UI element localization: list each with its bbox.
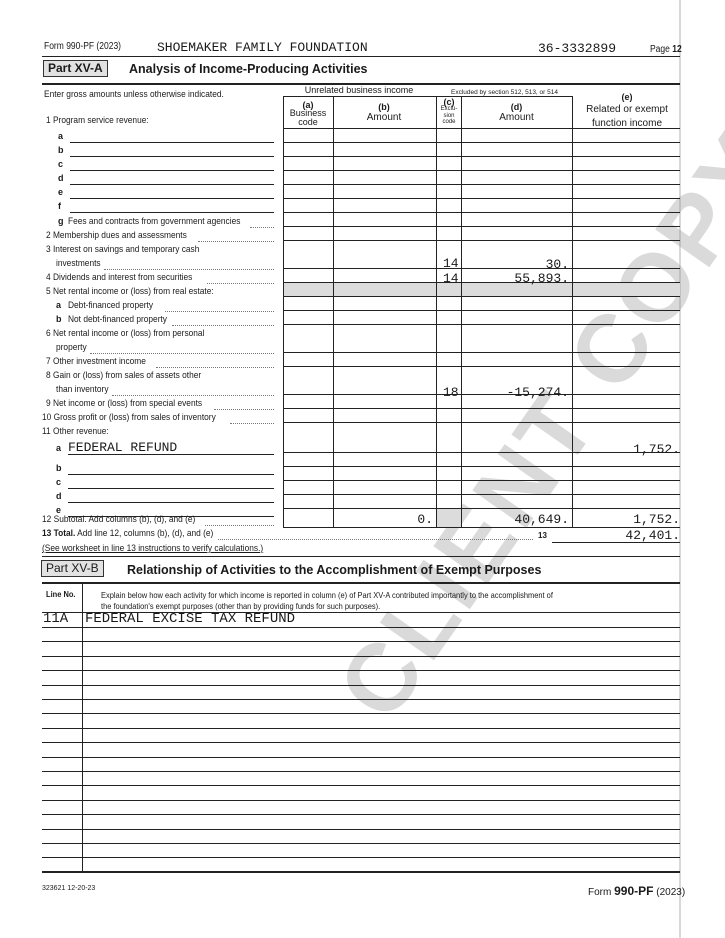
leader-dots	[172, 325, 274, 326]
leader-dots	[165, 311, 274, 312]
line-11a-value: FEDERAL REFUND	[68, 440, 177, 455]
table-col-rule	[436, 96, 437, 527]
table-row-rule	[283, 494, 680, 495]
table-row-rule	[283, 508, 680, 509]
table-row-rule	[283, 394, 680, 395]
excluded-rule	[436, 96, 572, 97]
client-copy-watermark: CLIENT COPY	[317, 111, 725, 739]
table-col-rule	[283, 96, 284, 527]
line-1-label: 1 Program service revenue:	[46, 115, 149, 126]
table-row-rule	[283, 240, 680, 241]
form-page: CLIENT COPY Form 990-PF (2023) SHOEMAKER…	[0, 0, 725, 938]
table-row-rule	[283, 324, 680, 325]
table-row-rule	[283, 310, 680, 311]
line-8-amount-d: -15,274.	[507, 385, 569, 400]
line-1b-letter: b	[58, 145, 64, 155]
table-col-rule	[333, 96, 334, 527]
table-row-rule	[283, 422, 680, 423]
table-row-rule	[283, 466, 680, 467]
page-number: 12	[672, 44, 681, 55]
line-5b-letter: b	[56, 314, 62, 324]
line-12-amount-d: 40,649.	[514, 512, 569, 527]
table-row-rule	[283, 198, 680, 199]
table-row-rule	[283, 226, 680, 227]
line-11a-letter: a	[56, 443, 61, 453]
part-xva-label: Part XV-A	[43, 60, 108, 77]
line-4-amount-d: 55,893.	[514, 271, 569, 286]
leader-dots	[218, 539, 533, 540]
line-8-label: 8 Gain or (loss) from sales of assets ot…	[46, 370, 201, 381]
part-xvb-instruction-1: Explain below how each activity for whic…	[101, 590, 553, 600]
col-d-letter: (d)	[461, 103, 572, 112]
line-11d-fill	[68, 502, 274, 503]
header-rule	[42, 56, 680, 57]
table-row-rule	[283, 212, 680, 213]
leader-dots	[250, 227, 274, 228]
table-row-rule	[283, 142, 680, 143]
explanation-rule	[42, 728, 680, 729]
explanation-rule	[42, 785, 680, 786]
col-a-label: Business code	[283, 109, 333, 127]
line-3-label-cont: investments	[56, 258, 101, 269]
organization-name: SHOEMAKER FAMILY FOUNDATION	[157, 40, 368, 55]
line-1a-letter: a	[58, 131, 63, 141]
line-12-amount-b: 0.	[417, 512, 433, 527]
group-unrelated: Unrelated business income	[283, 86, 435, 95]
footer-code: 323621 12-20-23	[42, 885, 95, 892]
line-1d-letter: d	[58, 173, 64, 183]
footer-form-name: 990-PF	[614, 884, 653, 898]
col-c-label: Exclu-sion code	[437, 106, 461, 126]
line-1g-letter: g	[58, 216, 64, 226]
leader-dots	[205, 525, 274, 526]
line-8-label-cont: than inventory	[56, 384, 109, 395]
explanation-rule	[42, 699, 680, 700]
explanation-rule	[42, 814, 680, 815]
line-8-exclusion-code: 18	[443, 385, 459, 400]
line-12-col-c-shade	[437, 509, 461, 527]
worksheet-note: (See worksheet in line 13 instructions t…	[42, 543, 263, 554]
table-row-rule	[283, 452, 680, 453]
table-col-rule	[461, 96, 462, 527]
explanation-rule	[42, 627, 680, 628]
line-11-label: 11 Other revenue:	[42, 426, 109, 437]
line-11a-amount-e: 1,752.	[633, 442, 680, 457]
part-xva-title: Analysis of Income-Producing Activities	[129, 62, 367, 76]
part-xva-bottom-rule	[42, 556, 680, 557]
line-6-label-cont: property	[56, 342, 87, 353]
table-row-rule	[283, 408, 680, 409]
footer-form-prefix: Form	[588, 887, 611, 898]
line-3-exclusion-code: 14	[443, 256, 459, 271]
line-1e-letter: e	[58, 187, 63, 197]
line-2-label: 2 Membership dues and assessments	[46, 230, 187, 241]
table-row-rule	[283, 156, 680, 157]
line-1f-letter: f	[58, 201, 61, 211]
line-4-exclusion-code: 14	[443, 271, 459, 286]
table-row-rule	[283, 366, 680, 367]
form-label: Form 990-PF (2023)	[44, 41, 121, 52]
explanation-rule	[42, 771, 680, 772]
explanation-rule	[42, 800, 680, 801]
line-7-label: 7 Other investment income	[46, 356, 146, 367]
part-xvb-instruction-2: the foundation's exempt purposes (other …	[101, 601, 380, 611]
leader-dots	[230, 423, 274, 424]
leader-dots	[104, 269, 274, 270]
line-13-box-label: 13	[538, 531, 547, 540]
page-word: Page	[650, 44, 670, 55]
explanation-rule	[42, 742, 680, 743]
line-5-label: 5 Net rental income or (loss) from real …	[46, 286, 214, 297]
line-5a-letter: a	[56, 300, 61, 310]
table-row-rule	[283, 268, 680, 269]
leader-dots	[112, 395, 274, 396]
line-1g-label: Fees and contracts from government agenc…	[68, 216, 240, 227]
line-1b-fill	[70, 156, 274, 157]
line-1a-fill	[70, 142, 274, 143]
page-label: Page 12	[650, 44, 682, 55]
line-9-label: 9 Net income or (loss) from special even…	[46, 398, 202, 409]
col-d-label: Amount	[461, 113, 572, 122]
table-row-rule	[283, 480, 680, 481]
table-col-rule	[572, 96, 573, 527]
col-b-letter: (b)	[333, 103, 435, 112]
line-13-bold: 13 Total.	[42, 528, 75, 539]
line-5b-label: Not debt-financed property	[68, 314, 167, 325]
line-3-label: 3 Interest on savings and temporary cash	[46, 244, 199, 255]
col-b-label: Amount	[333, 113, 435, 122]
footer-form: Form 990-PF (2023)	[588, 884, 685, 898]
col-e-letter: (e)	[574, 93, 680, 102]
part-xvb-line-no: 11A	[43, 611, 68, 627]
explanation-rule	[42, 641, 680, 642]
leader-dots	[198, 241, 274, 242]
table-row-rule	[283, 352, 680, 353]
leader-dots	[207, 283, 274, 284]
line-1d-fill	[70, 184, 274, 185]
line-1e-fill	[70, 198, 274, 199]
table-row-rule	[283, 184, 680, 185]
line-13-label: 13 Total. Add line 12, columns (b), (d),…	[42, 528, 213, 539]
table-row-rule	[283, 296, 680, 297]
line-6-label: 6 Net rental income or (loss) from perso…	[46, 328, 204, 339]
part-xvb-explanation: FEDERAL EXCISE TAX REFUND	[85, 611, 295, 627]
part-xvb-label: Part XV-B	[41, 560, 104, 577]
part-xvb-bottom-rule	[42, 871, 680, 872]
part-xvb-title: Relationship of Activities to the Accomp…	[127, 563, 541, 577]
line-13-total: 42,401.	[625, 528, 680, 543]
line-12-label: 12 Subtotal. Add columns (b), (d), and (…	[42, 514, 195, 525]
explanation-rule	[42, 757, 680, 758]
explanation-rule	[42, 872, 680, 873]
line-12-amount-e: 1,752.	[633, 512, 680, 527]
explanation-rule	[42, 829, 680, 830]
table-row-rule	[283, 282, 680, 283]
explanation-rule	[42, 685, 680, 686]
explanation-rule	[42, 843, 680, 844]
ein: 36-3332899	[538, 41, 616, 56]
line-11c-letter: c	[56, 477, 61, 487]
explanation-rule	[42, 670, 680, 671]
line-1f-fill	[70, 212, 274, 213]
line-11b-fill	[68, 474, 274, 475]
part-xvb-rule	[42, 582, 680, 584]
line-1c-letter: c	[58, 159, 63, 169]
line-11c-fill	[68, 488, 274, 489]
line-5a-label: Debt-financed property	[68, 300, 153, 311]
leader-dots	[214, 409, 274, 410]
line-1c-fill	[70, 170, 274, 171]
line-13-text: Add line 12, columns (b), (d), and (e)	[77, 528, 213, 539]
explanation-rule	[42, 857, 680, 858]
table-row-rule	[283, 170, 680, 171]
col-e-label: Related or exempt function income	[574, 103, 680, 131]
line-11b-letter: b	[56, 463, 62, 473]
line-5-shaded-row	[283, 283, 680, 296]
leader-dots	[90, 353, 274, 354]
table-row-rule	[283, 527, 680, 528]
leader-dots	[156, 367, 274, 368]
col-line-no: Line No.	[46, 589, 76, 599]
line-3-amount-d: 30.	[546, 257, 569, 272]
instruction: Enter gross amounts unless otherwise ind…	[44, 89, 224, 100]
table-row-rule	[283, 128, 680, 129]
line-10-label: 10 Gross profit or (loss) from sales of …	[42, 412, 216, 423]
explanation-rule	[42, 713, 680, 714]
footer-form-year: (2023)	[656, 887, 685, 898]
line-11d-letter: d	[56, 491, 62, 501]
line-4-label: 4 Dividends and interest from securities	[46, 272, 192, 283]
explanation-rule	[42, 656, 680, 657]
page-edge	[679, 0, 681, 938]
